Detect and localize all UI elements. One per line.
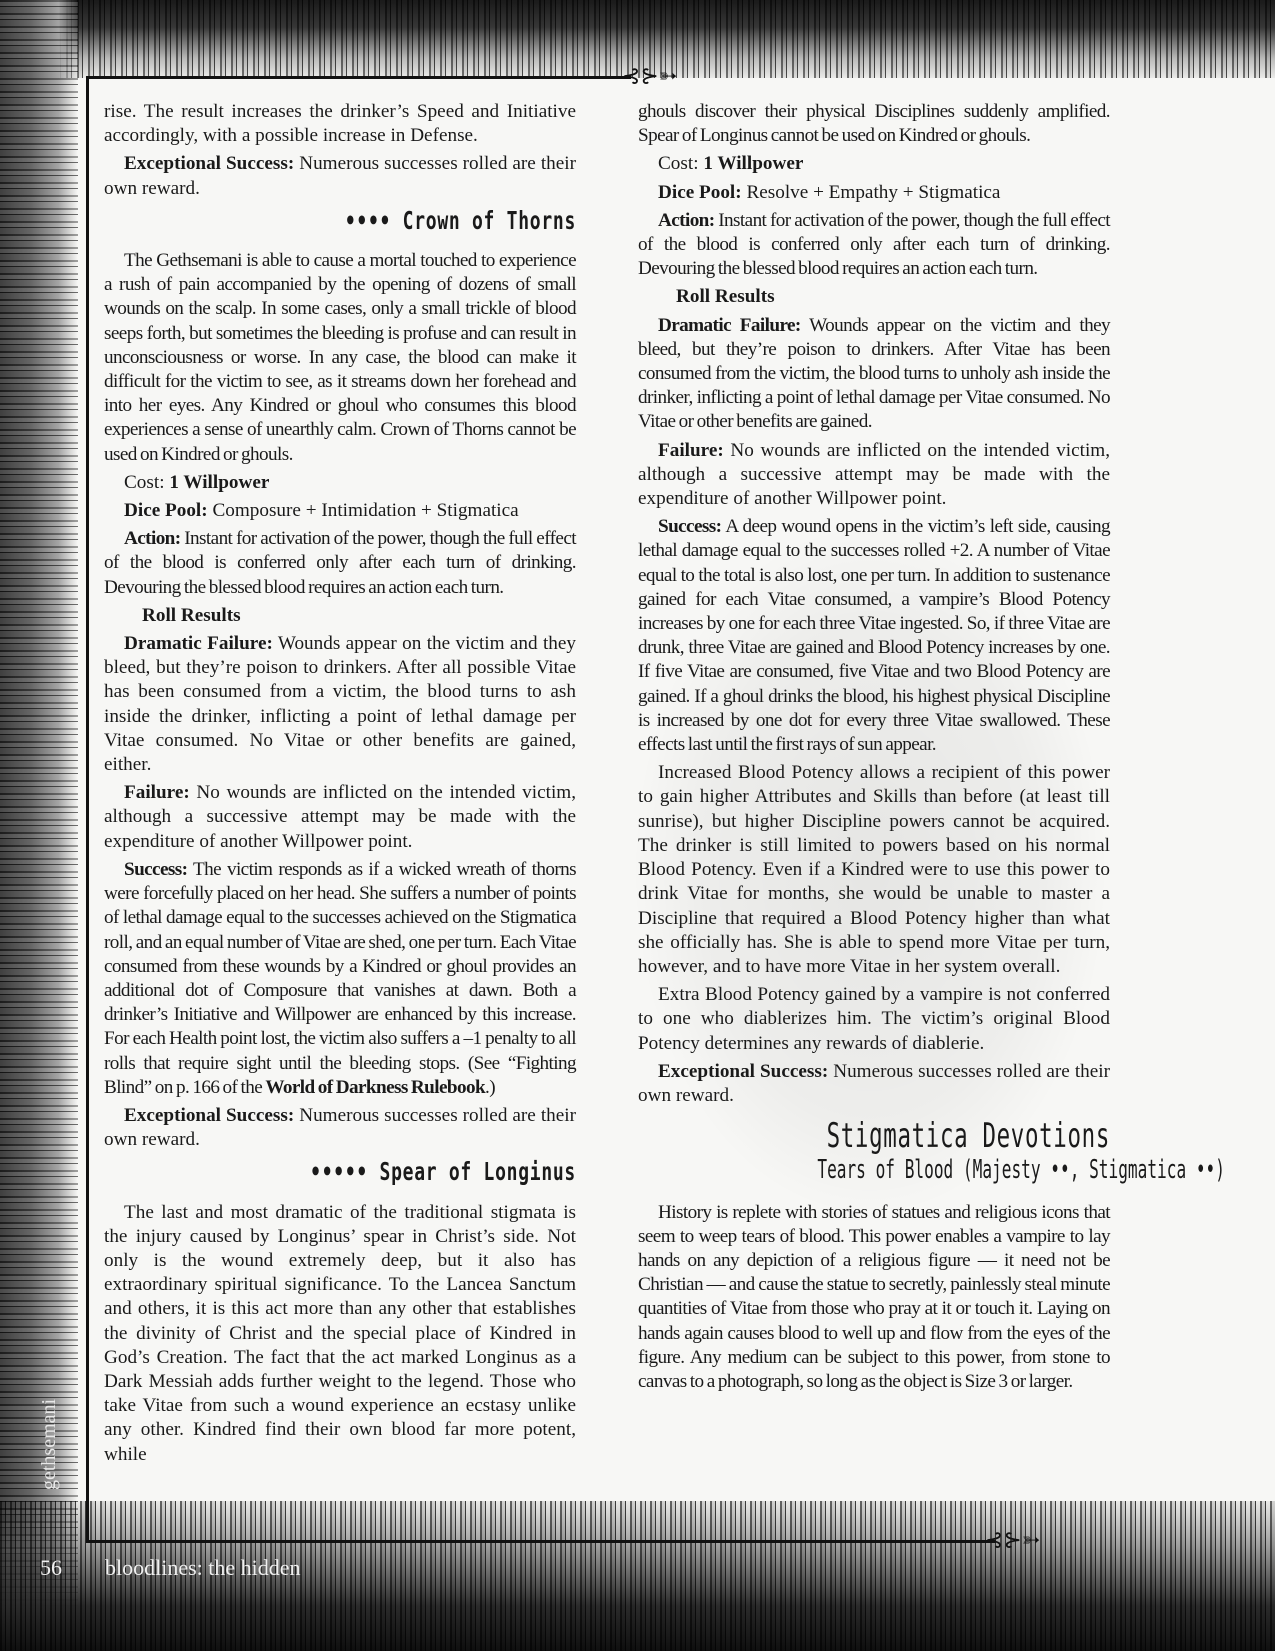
- dramatic-failure-paragraph: Dramatic Failure: Wounds appear on the v…: [638, 314, 1110, 435]
- page-number: 56: [40, 1555, 62, 1581]
- cost-line: Cost: 1 Willpower: [104, 471, 576, 495]
- arrow-ornament-icon: ⊰⊱➳: [985, 1530, 1040, 1552]
- paragraph: Extra Blood Potency gained by a vampire …: [638, 983, 1110, 1056]
- failure-paragraph: Failure: No wounds are inflicted on the …: [638, 439, 1110, 512]
- frame-line-top: [86, 76, 631, 79]
- devotion-heading-tears-of-blood: Tears of Blood (Majesty ••, Stigmatica •…: [817, 1158, 1110, 1182]
- section-heading-stigmatica-devotions: Stigmatica Devotions: [798, 1124, 1110, 1148]
- action-line: Action: Instant for activation of the po…: [638, 209, 1110, 282]
- paragraph: History is replete with stories of statu…: [638, 1201, 1110, 1395]
- chapter-side-label: gethsemani: [38, 1399, 61, 1490]
- dice-pool-line: Dice Pool: Composure + Intimidation + St…: [104, 499, 576, 523]
- exceptional-success-paragraph: Exceptional Success: Numerous successes …: [104, 1104, 576, 1152]
- frame-line-bottom: [86, 1540, 996, 1543]
- power-heading-spear-of-longinus: ••••• Spear of Longinus: [236, 1160, 576, 1184]
- success-paragraph: Success: The victim responds as if a wic…: [104, 858, 576, 1100]
- dice-pool-line: Dice Pool: Resolve + Empathy + Stigmatic…: [638, 181, 1110, 205]
- action-line: Action: Instant for activation of the po…: [104, 527, 576, 600]
- success-paragraph: Success: A deep wound opens in the victi…: [638, 515, 1110, 757]
- failure-paragraph: Failure: No wounds are inflicted on the …: [104, 781, 576, 854]
- paragraph: ghouls discover their physical Disciplin…: [638, 100, 1110, 148]
- roll-results-heading: Roll Results: [676, 285, 1110, 309]
- arrow-ornament-icon: ⊰⊱➳: [622, 66, 677, 88]
- dramatic-failure-paragraph: Dramatic Failure: Wounds appear on the v…: [104, 632, 576, 777]
- frame-line-left: [86, 76, 89, 1541]
- paragraph: The last and most dramatic of the tradit…: [104, 1201, 576, 1467]
- left-column: rise. The result increases the drinker’s…: [104, 100, 576, 1471]
- right-column: ghouls discover their physical Disciplin…: [638, 100, 1110, 1398]
- footer-book-title: bloodlines: the hidden: [105, 1555, 301, 1581]
- paragraph: Increased Blood Potency allows a recipie…: [638, 761, 1110, 979]
- roll-results-heading: Roll Results: [142, 604, 576, 628]
- paragraph: The Gethsemani is able to cause a mortal…: [104, 249, 576, 467]
- cost-line: Cost: 1 Willpower: [638, 152, 1110, 176]
- power-heading-crown-of-thorns: •••• Crown of Thorns: [236, 209, 576, 233]
- exceptional-success-paragraph: Exceptional Success: Numerous successes …: [104, 152, 576, 200]
- paragraph: rise. The result increases the drinker’s…: [104, 100, 576, 148]
- exceptional-success-paragraph: Exceptional Success: Numerous successes …: [638, 1060, 1110, 1108]
